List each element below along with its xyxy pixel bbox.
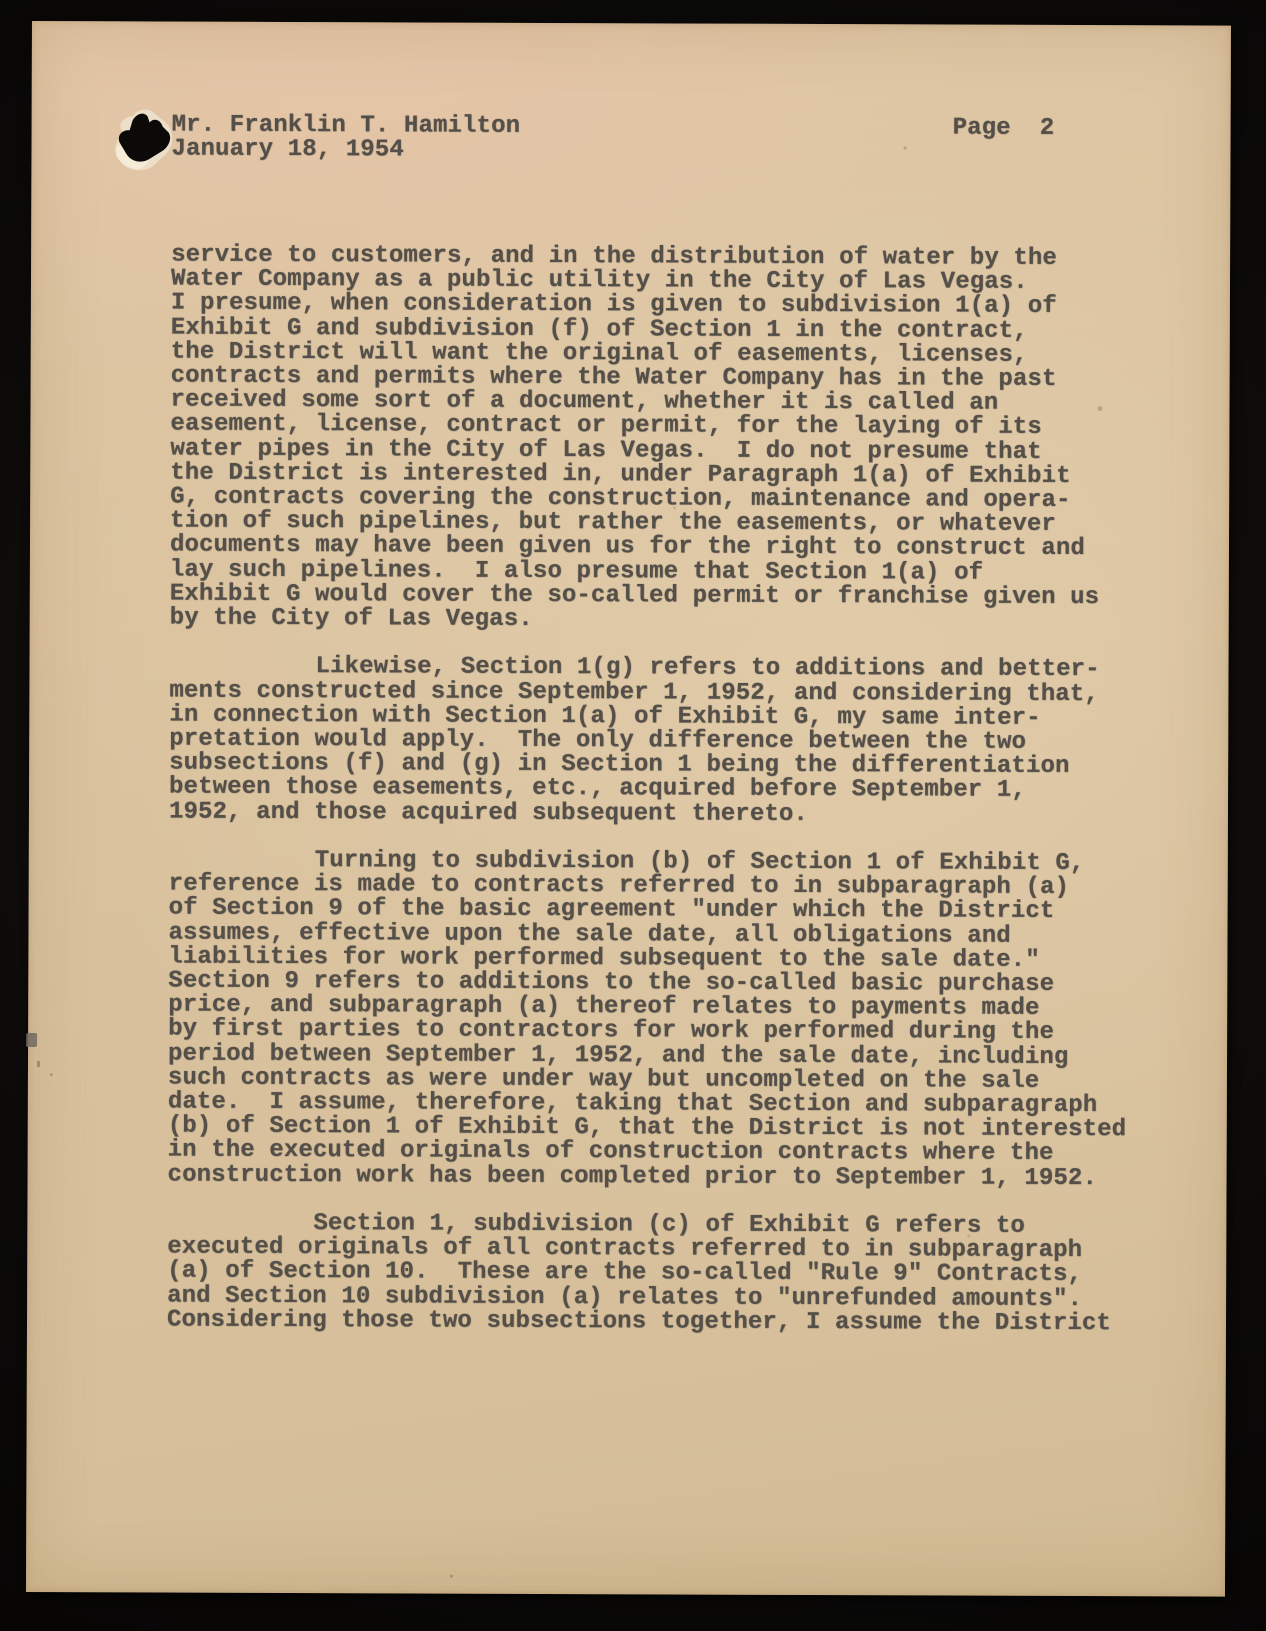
paper-specks bbox=[32, 21, 35, 24]
paragraph: Section 1, subdivision (c) of Exhibit G … bbox=[167, 1212, 1177, 1337]
document-page: Mr. Franklin T. Hamilton January 18, 195… bbox=[26, 21, 1231, 1597]
page-number: Page 2 bbox=[953, 117, 1055, 142]
text-line: 1952, and those acquired subsequent ther… bbox=[169, 800, 1179, 828]
date-line: January 18, 1954 bbox=[171, 138, 520, 164]
letter-body: service to customers, and in the distrib… bbox=[167, 244, 1181, 1337]
text-line: Considering those two subsections togeth… bbox=[167, 1308, 1177, 1336]
text-line: construction work has been completed pri… bbox=[168, 1163, 1178, 1191]
paragraph: Likewise, Section 1(g) refers to additio… bbox=[169, 655, 1180, 828]
paragraph: Turning to subdivision (b) of Section 1 … bbox=[168, 849, 1179, 1192]
letter-header: Mr. Franklin T. Hamilton January 18, 195… bbox=[171, 114, 520, 164]
text-line: by the City of Las Vegas. bbox=[170, 607, 1180, 635]
edge-smudge bbox=[26, 1033, 37, 1047]
scan-background: Mr. Franklin T. Hamilton January 18, 195… bbox=[0, 0, 1266, 1631]
paragraph: service to customers, and in the distrib… bbox=[170, 244, 1181, 635]
